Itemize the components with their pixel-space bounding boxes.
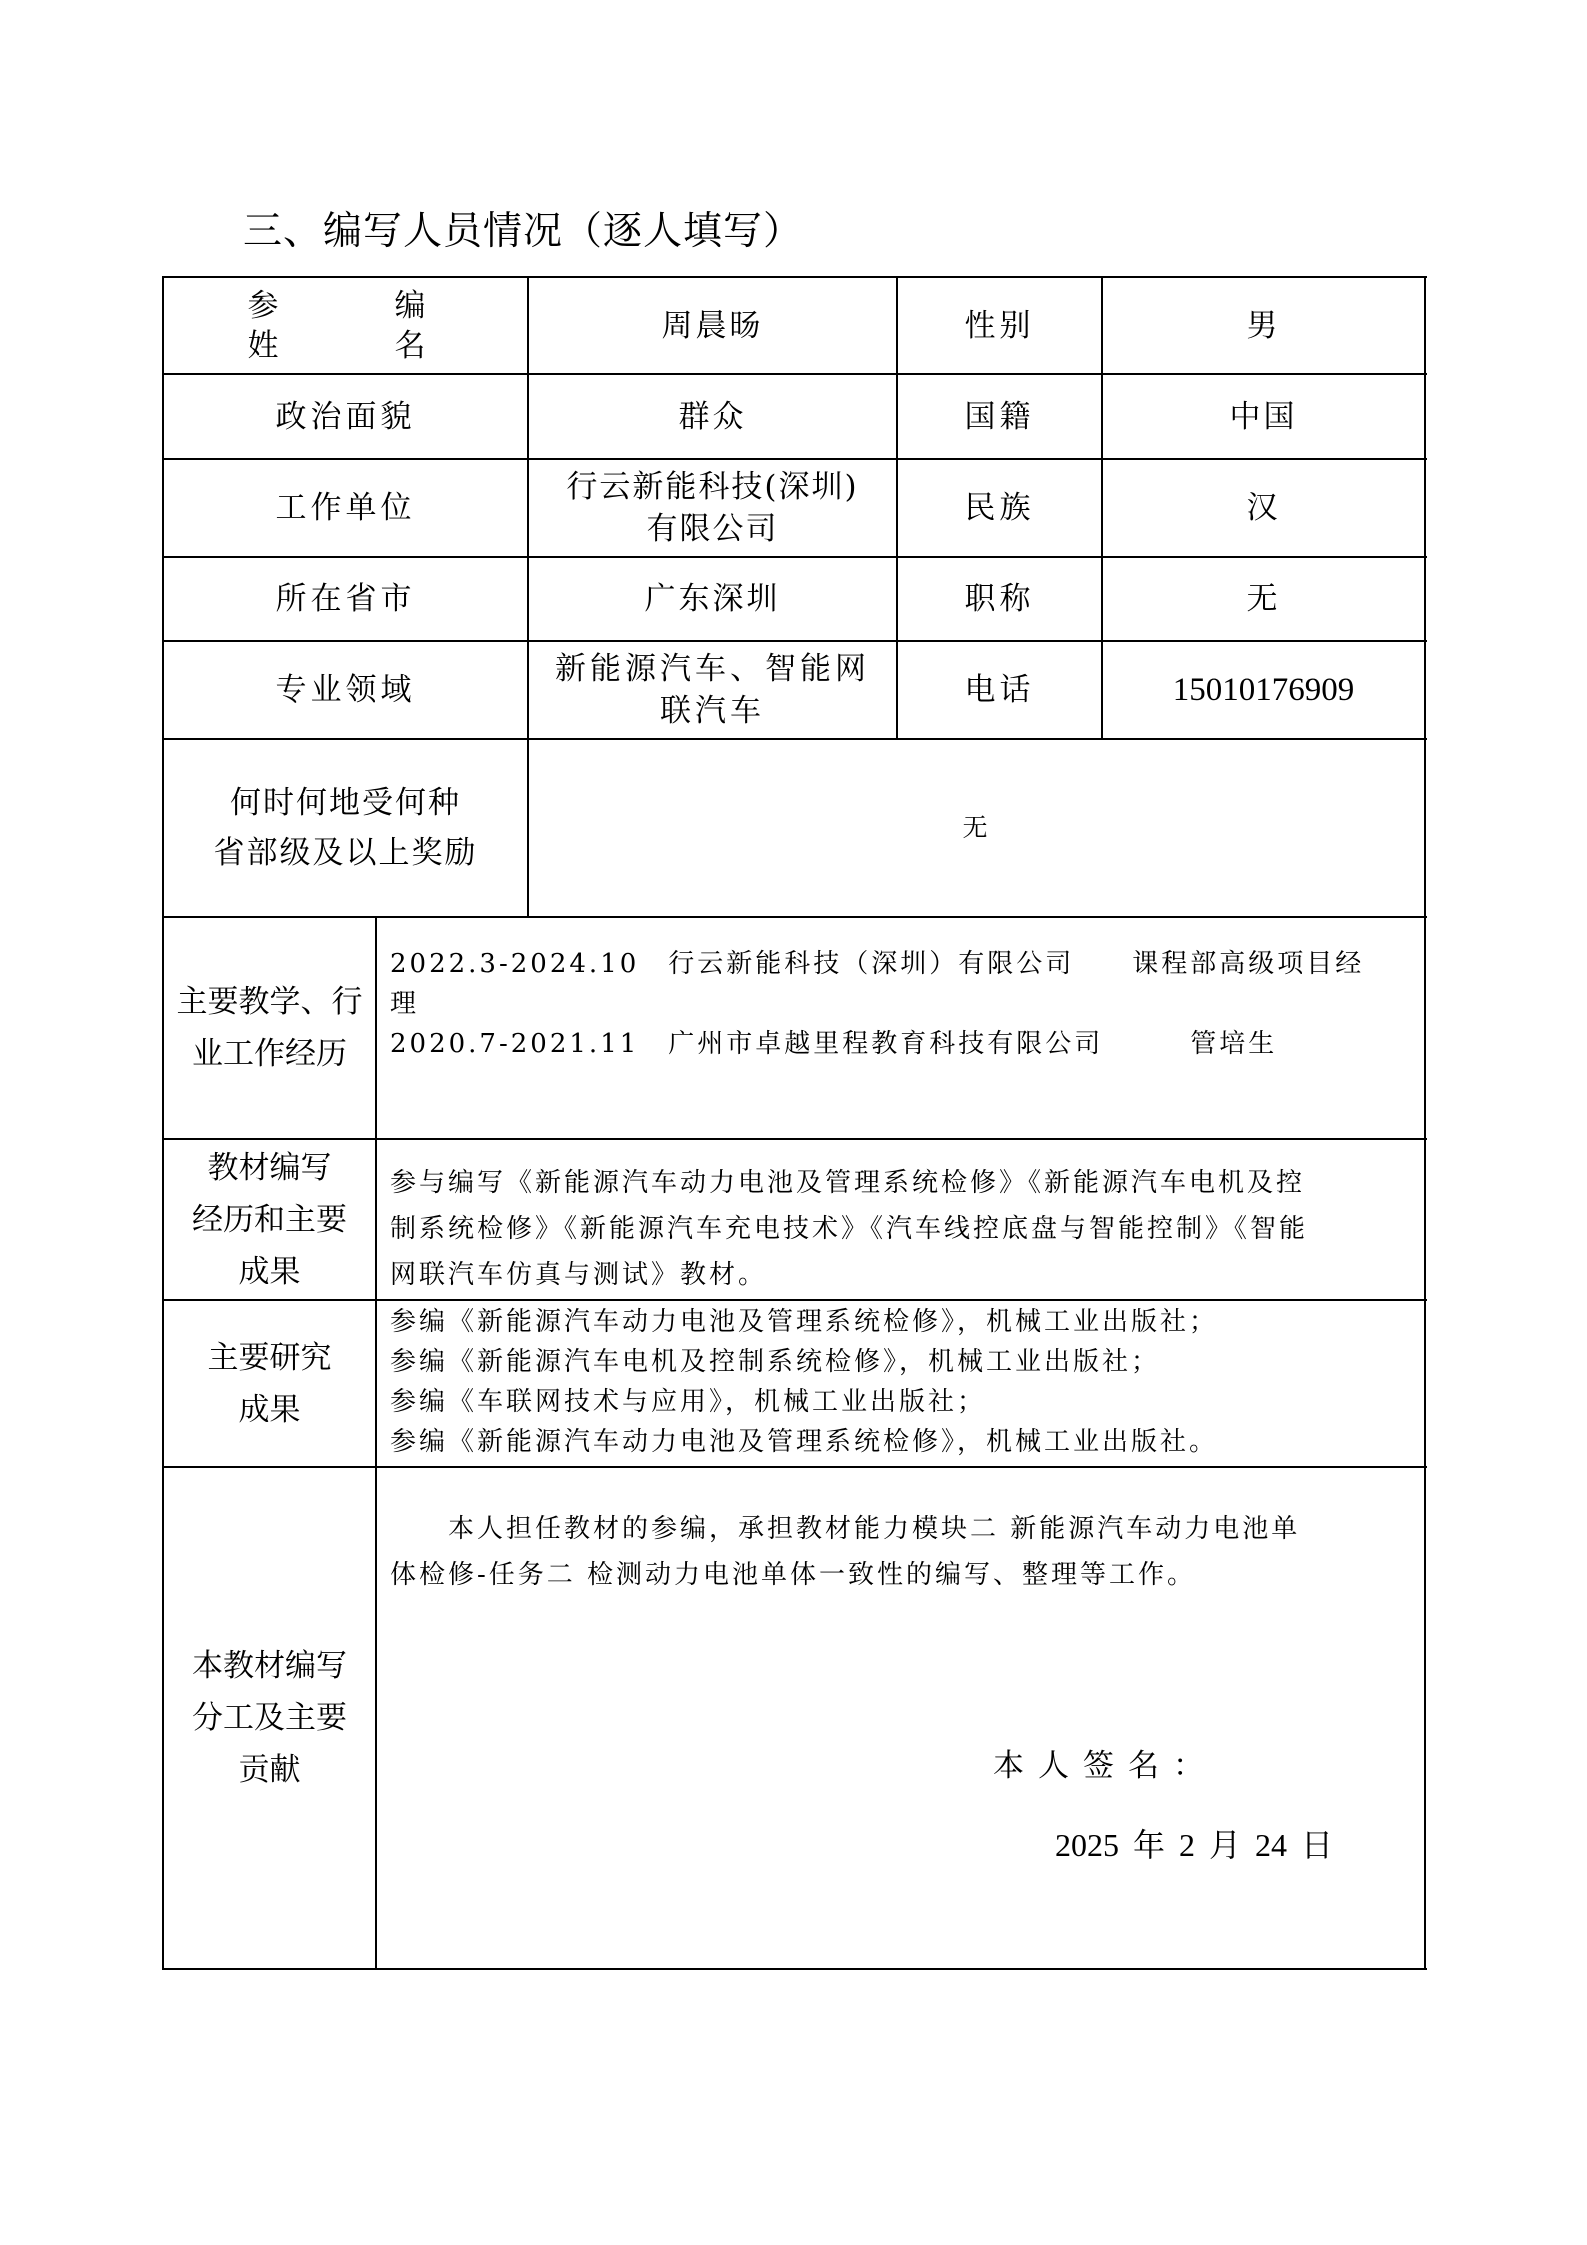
awards-label: 何时何地受何种 省部级及以上奖励 xyxy=(164,740,527,916)
research-label: 主要研究 成果 xyxy=(164,1301,375,1466)
employer-value: 行云新能科技(深圳) 有限公司 xyxy=(529,460,896,556)
textbook-experience-value: 参与编写《新能源汽车动力电池及管理系统检修》《新能源汽车电机及控 制系统检修》《… xyxy=(390,1160,1420,1298)
political-status-label: 政治面貌 xyxy=(164,375,527,458)
research-line: 参编《车联网技术与应用》，机械工业出版社； xyxy=(390,1382,1420,1422)
location-value: 广东深圳 xyxy=(529,558,896,640)
signature-date: 2025 年 2 月 24 日 xyxy=(1055,1820,1333,1866)
contribution-value: 本人担任教材的参编，承担教材能力模块二 新能源汽车动力电池单 体检修-任务二 检… xyxy=(390,1506,1420,1598)
col-divider xyxy=(375,916,377,1969)
experience-line: 理 xyxy=(390,984,1420,1024)
contribution-line: 本人担任教材的参编，承担教材能力模块二 新能源汽车动力电池单 xyxy=(390,1506,1420,1552)
field-label: 专业领域 xyxy=(164,642,527,738)
table-border xyxy=(162,1968,1427,1970)
phone-value: 15010176909 xyxy=(1103,642,1424,738)
contribution-line: 体检修-任务二 检测动力电池单体一致性的编写、整理等工作。 xyxy=(390,1552,1420,1598)
name-value: 周晨旸 xyxy=(529,278,896,373)
phone-label: 电话 xyxy=(898,642,1101,738)
location-label: 所在省市 xyxy=(164,558,527,640)
experience-value: 2022.3-2024.10 行云新能科技（深圳）有限公司 课程部高级项目经 理… xyxy=(390,944,1420,1064)
experience-line: 2022.3-2024.10 行云新能科技（深圳）有限公司 课程部高级项目经 xyxy=(390,944,1420,984)
section-title: 三、编写人员情况（逐人填写） xyxy=(243,208,803,256)
experience-line: 2020.7-2021.11 广州市卓越里程教育科技有限公司 管培生 xyxy=(390,1024,1420,1064)
author-info-table: 参 编 姓 名 周晨旸 性别 男 政治面貌 群众 国籍 中国 工作单位 行云新能… xyxy=(162,276,1425,1969)
research-line: 参编《新能源汽车电机及控制系统检修》，机械工业出版社； xyxy=(390,1342,1420,1382)
table-border xyxy=(1424,276,1426,1970)
textbook-line: 制系统检修》《新能源汽车充电技术》《汽车线控底盘与智能控制》《智能 xyxy=(390,1206,1420,1252)
name-label: 参 编 姓 名 xyxy=(164,278,527,373)
textbook-line: 网联汽车仿真与测试》教材。 xyxy=(390,1252,1420,1298)
textbook-line: 参与编写《新能源汽车动力电池及管理系统检修》《新能源汽车电机及控 xyxy=(390,1160,1420,1206)
contribution-label: 本教材编写 分工及主要 贡献 xyxy=(164,1468,375,1968)
nationality-value: 中国 xyxy=(1103,375,1424,458)
research-value: 参编《新能源汽车动力电池及管理系统检修》，机械工业出版社； 参编《新能源汽车电机… xyxy=(390,1302,1420,1462)
professional-title-label: 职称 xyxy=(898,558,1101,640)
political-status-value: 群众 xyxy=(529,375,896,458)
ethnicity-value: 汉 xyxy=(1103,460,1424,556)
nationality-label: 国籍 xyxy=(898,375,1101,458)
gender-label: 性别 xyxy=(898,278,1101,373)
research-line: 参编《新能源汽车动力电池及管理系统检修》，机械工业出版社。 xyxy=(390,1422,1420,1462)
professional-title-value: 无 xyxy=(1103,558,1424,640)
experience-label: 主要教学、行 业工作经历 xyxy=(164,918,375,1138)
textbook-experience-label: 教材编写 经历和主要 成果 xyxy=(164,1140,375,1299)
ethnicity-label: 民族 xyxy=(898,460,1101,556)
awards-value: 无 xyxy=(529,740,1424,916)
field-value: 新能源汽车、智能网 联汽车 xyxy=(529,642,896,738)
employer-label: 工作单位 xyxy=(164,460,527,556)
signature-label: 本人签名： xyxy=(993,1740,1218,1785)
research-line: 参编《新能源汽车动力电池及管理系统检修》，机械工业出版社； xyxy=(390,1302,1420,1342)
gender-value: 男 xyxy=(1103,278,1424,373)
